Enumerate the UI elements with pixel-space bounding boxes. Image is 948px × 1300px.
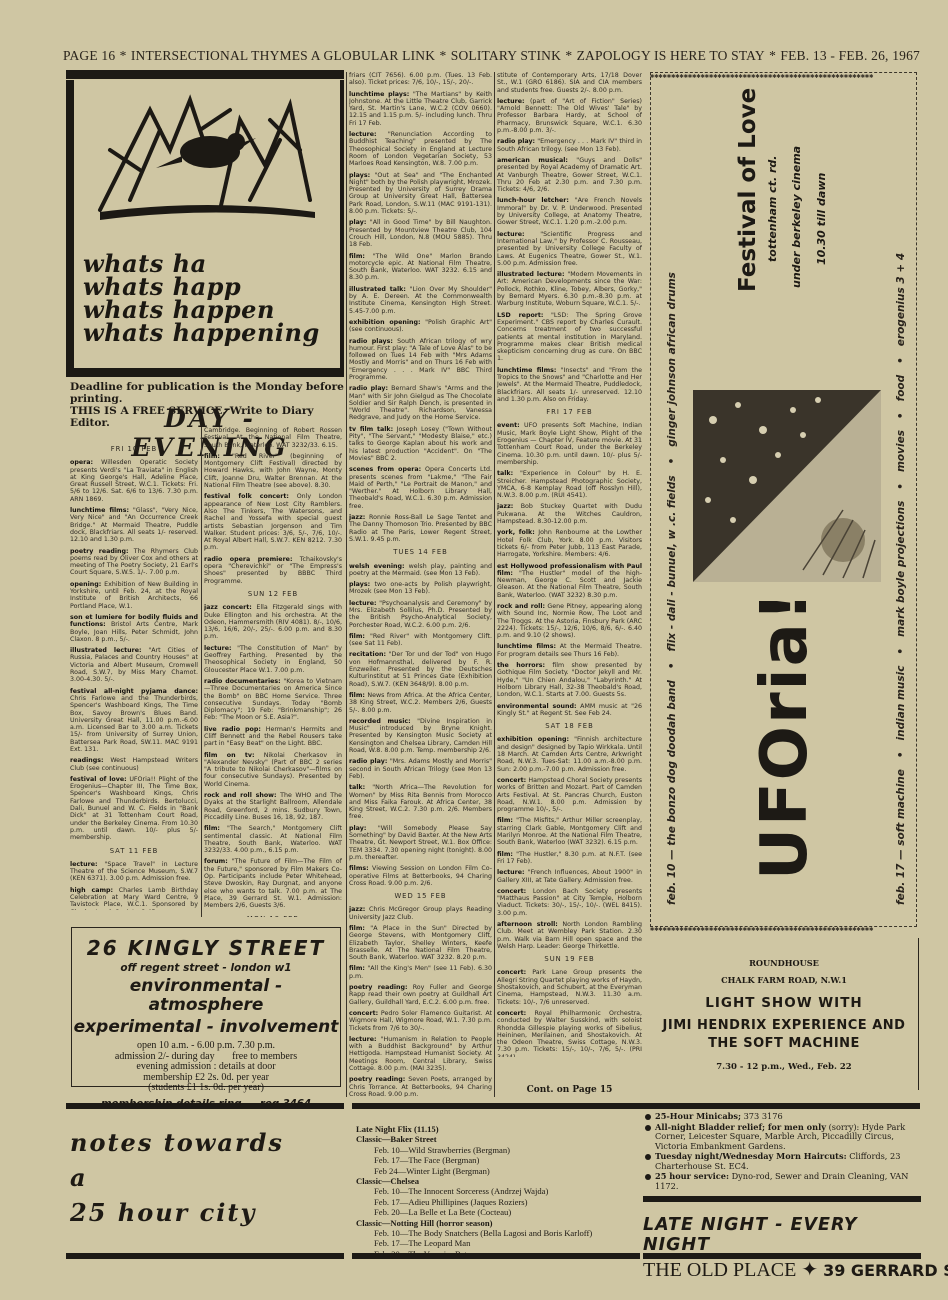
diary-entry: concert: Pedro Soler Flamenco Guitarist.… xyxy=(349,1010,492,1032)
bullet-icon: • xyxy=(895,751,907,758)
late-night-tagline: LATE NIGHT - EVERY NIGHT xyxy=(643,1215,925,1255)
diary-entry: the horrors: film show presented by Goth… xyxy=(497,662,642,698)
entry-category: lunchtime films: xyxy=(70,507,129,514)
entry-category: recorded music: xyxy=(349,718,411,725)
diary-entry: tv film talk: Joseph Losey ("Town Withou… xyxy=(349,426,492,462)
entry-text: "Korea to Vietnam—Three Documentaries on… xyxy=(204,678,342,721)
rule xyxy=(66,1103,344,1109)
masthead-item: SOLITARY STINK xyxy=(451,48,561,64)
entry-category: tv film talk: xyxy=(349,426,393,433)
entry-text: News from Africa. At the Africa Center, … xyxy=(349,692,492,714)
ad-evening: evening admission : details at door xyxy=(72,1062,340,1073)
bullet-icon: • xyxy=(666,458,678,465)
diary-column-2: Cambridge. Beginning of Robert Rossen Fe… xyxy=(204,427,342,917)
entry-text: Ronnie Ross-Ball Le Sage Tentet and The … xyxy=(349,514,492,543)
entry-category: lunchtime films: xyxy=(497,643,556,650)
list-item: Tuesday night/Wednesday Morn Haircuts: C… xyxy=(643,1152,925,1171)
festival-address: tottenham ct. rd. xyxy=(766,156,779,262)
diary-entry: film: "The Hustler," 8.30 p.m. at N.F.T.… xyxy=(497,851,642,866)
entry-category: jazz: xyxy=(349,906,365,913)
diary-entry: lecture: "French Influences, About 1900"… xyxy=(497,869,642,884)
masthead-star: * xyxy=(120,48,127,64)
ufo-lineup-right: feb. 17 — soft machine • indian music • … xyxy=(895,253,907,905)
entry-category: lecture: xyxy=(497,869,525,876)
diary-entry: concert: Park Lane Group presents the Al… xyxy=(497,969,642,1005)
diary-entry: live radio pop: Herman's Hermits and Cli… xyxy=(204,726,342,748)
masthead-star: * xyxy=(440,48,447,64)
diary-entry: talk: "Experience in Colour" by H. E. St… xyxy=(497,470,642,499)
diary-entry: illustrated lecture: "Art Cities of Russ… xyxy=(70,647,198,683)
title-line: notes towards xyxy=(70,1125,284,1160)
rule xyxy=(66,1253,344,1259)
diary-entry: film: "Red River" with Montgomery Clift.… xyxy=(349,633,492,648)
flix-venue: Classic—Chelsea xyxy=(356,1176,419,1186)
entry-text: Royal Philharmonic Orchestra, conducted … xyxy=(497,1010,642,1057)
entry-category: talk: xyxy=(349,784,365,791)
city-notes-list: 25-Hour Minicabs; 373 3176 All-night Bla… xyxy=(643,1112,925,1192)
entry-text: "The Future of Film—The Film of the Futu… xyxy=(204,858,342,909)
admission-members: free to members xyxy=(232,1051,297,1062)
ad-tagline: experimental - involvement xyxy=(72,1018,340,1037)
entry-category: illustrated lecture: xyxy=(497,271,564,278)
entry-category: lecture: xyxy=(349,600,377,607)
entry-text: Bob Stuckey Quartet with Dudu Pukwana. A… xyxy=(497,503,642,525)
masthead-star: * xyxy=(769,48,776,64)
entry-text: "The Hustler" model of the high- Newman,… xyxy=(497,570,642,599)
entry-text: Only London appearance of New Lost City … xyxy=(204,493,342,551)
continued-note: Cont. on Page 15 xyxy=(497,1085,642,1095)
lineup-projections: mark boyle projections xyxy=(895,501,907,637)
masthead: PAGE 16 * INTERSECTIONAL THYMES A GLOBUL… xyxy=(63,48,920,64)
entry-category: film: xyxy=(497,851,513,858)
column-rule xyxy=(346,72,347,1097)
entry-category: plays: xyxy=(349,172,370,179)
flix-film: Feb. 10—The Body Snatchers (Bella Lagosi… xyxy=(356,1228,636,1238)
ad-students: (students £1 1s. 0d. per year) xyxy=(72,1083,340,1094)
entry-text: "Red River" with Montgomery Clift. (see … xyxy=(349,633,492,647)
diary-entry: LSD report: "LSD: The Spring Grove Exper… xyxy=(497,312,642,363)
entry-category: welsh evening: xyxy=(349,563,405,570)
diary-entry: concert: Hampstead Choral Society presen… xyxy=(497,777,642,813)
festival-venue: under berkeley cinema xyxy=(790,146,803,288)
title-line: a xyxy=(70,1160,284,1195)
diary-entry: poetry reading: Roy Fuller and George Ra… xyxy=(349,984,492,1006)
diary-entry: festival all-night pyjama dance: Chris F… xyxy=(70,688,198,754)
entry-category: film: xyxy=(204,825,220,832)
diary-entry: films: Viewing Session on London Film Co… xyxy=(349,865,492,887)
entry-category: opera: xyxy=(70,459,93,466)
rule xyxy=(643,1196,921,1202)
headline: LIGHT SHOW WITH xyxy=(650,995,918,1011)
entry-category: recitation: xyxy=(349,651,386,658)
diary-entry: poetry reading: Seven Poets, arranged by… xyxy=(349,1076,492,1097)
diary-entry: Cambridge. Beginning of Robert Rossen Fe… xyxy=(204,427,342,449)
page-number: PAGE 16 xyxy=(63,48,115,64)
list-item: 25 hour service: Dyno-rod, Sewer and Dra… xyxy=(643,1172,925,1191)
entry-category: poetry reading: xyxy=(349,984,408,991)
diary-entry: high camp: Charles Lamb Birthday Celebra… xyxy=(70,887,198,910)
column-rule xyxy=(494,72,495,1097)
entry-text: Opera Concerts Ltd. presents scenes from… xyxy=(349,466,492,509)
entry-category: environmental sound: xyxy=(497,703,577,710)
diary-entry: concert: Royal Philharmonic Orchestra, c… xyxy=(497,1010,642,1057)
diary-entry: readings: West Hampstead Writers Club (s… xyxy=(70,757,198,772)
entry-text: "All in Good Time" by Bill Naughton. Pre… xyxy=(349,219,492,248)
act-line: THE SOFT MACHINE xyxy=(650,1035,918,1053)
diary-entry: plays: "Out at Sea" and "The Enchanted N… xyxy=(349,172,492,216)
diary-entry: friars (CIT 7656). 6.00 p.m. (Tues. 13 F… xyxy=(349,72,492,87)
lineup-flix: flix - dali - bunuel, w .c. fields xyxy=(666,475,678,651)
kingly-street-ad: 26 KINGLY STREET off regent street - lon… xyxy=(71,927,341,1087)
diary-entry: radio play: "Emergency . . . Mark IV" th… xyxy=(497,138,642,153)
diary-entry: film: "All the King's Men" (see 11 Feb).… xyxy=(349,965,492,980)
entry-text: South African trilogy of wry humour. Fir… xyxy=(349,338,492,381)
flix-film: Feb. 17—Adieu Phillipines (Jaques Rozier… xyxy=(356,1197,636,1207)
diary-entry: opening: Exhibition of New Building in Y… xyxy=(70,581,198,610)
entry-category: event: xyxy=(497,422,520,429)
flammarion-engraving-icon xyxy=(693,390,881,582)
entry-text: two one-acts by Polish playwright, Mroze… xyxy=(349,581,492,595)
entry-text: UFO presents Soft Machine, Indian Music,… xyxy=(497,422,642,465)
entry-category: play: xyxy=(349,219,366,226)
entry-category: radio play: xyxy=(349,758,387,765)
flix-film: Feb. 20—La Belle et La Bete (Cocteau) xyxy=(356,1207,636,1217)
day-heading: SUN 12 FEB xyxy=(204,591,342,598)
entry-text: Chris McGregor Group plays Reading Unive… xyxy=(349,906,492,920)
entry-text: "All the King's Men" (see 11 Feb). 6.30 … xyxy=(349,965,492,979)
note-label: Tuesday night/Wednesday Morn Haircuts: xyxy=(655,1151,847,1161)
day-heading: MON 13 FEB xyxy=(204,916,342,917)
list-item: 25-Hour Minicabs; 373 3176 xyxy=(643,1112,925,1122)
diary-entry: son et lumiere for bodily fluids and fun… xyxy=(70,614,198,643)
note-text: 373 3176 xyxy=(741,1111,783,1121)
entry-text: "Red River" (beginning of Montgomery Cli… xyxy=(204,453,342,489)
entry-category: radio plays: xyxy=(349,338,393,345)
note-label: 25 hour service: xyxy=(655,1171,729,1181)
deadline-line: Deadline for publication is the Monday b… xyxy=(70,381,345,405)
entry-category: festival folk concert: xyxy=(204,493,289,500)
entry-category: play: xyxy=(349,825,366,832)
diary-entry: radio opera premiere: Tchaikovsky's oper… xyxy=(204,556,342,585)
flix-venue: Classic—Baker Street xyxy=(356,1134,437,1144)
list-item: All-night Bladder relief; for men only (… xyxy=(643,1123,925,1152)
entry-text: "Experience in Colour" by H. E. Streiche… xyxy=(497,470,642,499)
entry-category: film: xyxy=(349,692,365,699)
venue-name: ROUNDHOUSE xyxy=(650,958,918,968)
entry-category: jazz concert: xyxy=(204,604,252,611)
diary-entry: film: "The Misfits," Arthur Miller scree… xyxy=(497,817,642,846)
title-line: 25 hour city xyxy=(70,1195,284,1230)
column-rule xyxy=(201,427,202,917)
diary-entry: illustrated talk: "Lion Over My Shoulder… xyxy=(349,286,492,315)
entry-category: radio play: xyxy=(349,385,388,392)
entry-category: live radio pop: xyxy=(204,726,261,733)
diary-entry: talk: "North Africa—The Revolution for W… xyxy=(349,784,492,820)
entry-category: afternoon stroll: xyxy=(497,921,558,928)
entry-category: festival all-night pyjama dance: xyxy=(70,688,198,695)
diary-entry: festival of love: UFOria!! Plight of the… xyxy=(70,776,198,842)
lineup-erogenius: erogenius 3 + 4 xyxy=(895,253,907,346)
entry-category: film: xyxy=(349,633,365,640)
rule xyxy=(66,70,344,79)
entry-category: concert: xyxy=(497,969,526,976)
day-heading: SAT 18 FEB xyxy=(497,723,642,730)
flix-heading: Late Night Flix (11.15) xyxy=(356,1124,439,1134)
diary-entry: radio plays: South African trilogy of wr… xyxy=(349,338,492,382)
entry-category: york, folk: xyxy=(497,529,535,536)
entry-text: "The Wild One" Marlon Brando motorcycle … xyxy=(349,253,492,282)
bird-woodcut-icon xyxy=(90,90,325,220)
entry-category: film: xyxy=(349,925,365,932)
day-heading: FRI 17 FEB xyxy=(497,409,642,416)
entry-category: concert: xyxy=(497,888,526,895)
rule xyxy=(640,1103,920,1109)
entry-category: american musical: xyxy=(497,157,568,164)
entry-category: exhibition opening: xyxy=(497,736,569,743)
entry-category: film: xyxy=(349,965,365,972)
flix-venue: Classic—Notting Hill (horror season) xyxy=(356,1218,492,1228)
entry-category: radio play: xyxy=(497,138,535,145)
entry-category: LSD report: xyxy=(497,312,543,319)
lineup-movies: movies xyxy=(895,430,907,472)
diary-entry: opera: Willesden Operatic Society presen… xyxy=(70,459,198,503)
entry-category: poetry reading: xyxy=(349,1076,405,1083)
diary-entry: lunch-hour letcher: "Are French Novels I… xyxy=(497,197,642,226)
entry-category: illustrated talk: xyxy=(349,286,406,293)
flix-film: Feb. 10—The Innocent Sorceress (Andrzej … xyxy=(356,1186,636,1196)
masthead-item: INTERSECTIONAL THYMES A GLOBULAR LINK xyxy=(131,48,435,64)
issue-date: FEB. 13 - FEB. 26, 1967 xyxy=(780,48,920,64)
diary-entry: lecture: (part of "Art of Fiction" Serie… xyxy=(497,98,642,134)
entry-text: "The Misfits," Arthur Miller screenplay,… xyxy=(497,817,642,846)
diary-entry: exhibition opening: "Polish Graphic Art"… xyxy=(349,319,492,334)
diary-entry: jazz concert: Ella Fitzgerald sings with… xyxy=(204,604,342,640)
entry-category: scenes from opera: xyxy=(349,466,421,473)
entry-category: jazz: xyxy=(497,503,513,510)
entry-category: lunch-hour letcher: xyxy=(497,197,569,204)
diary-entry: lecture: "Renunciation According to Budd… xyxy=(349,131,492,167)
bullet-icon: • xyxy=(895,357,907,364)
bullet-icon: • xyxy=(895,483,907,490)
diary-entry: rock and roll show: The WHO and The Dyak… xyxy=(204,792,342,821)
day-heading: TUES 14 FEB xyxy=(349,549,492,556)
diary-entry: recorded music: "Divine Inspiration in M… xyxy=(349,718,492,754)
title-line: whats happening xyxy=(83,321,320,344)
entry-text: "LSD: The Spring Grove Experiment." CBS … xyxy=(497,312,642,363)
diary-entry: jazz: Ronnie Ross-Ball Le Sage Tentet an… xyxy=(349,514,492,543)
diary-entry: afternoon stroll: North London Rambling … xyxy=(497,921,642,950)
diary-entry: jazz: Bob Stuckey Quartet with Dudu Pukw… xyxy=(497,503,642,525)
entry-category: lecture: xyxy=(204,645,232,652)
diary-entry: film on tv: Nikolai Cherkasov in "Alexan… xyxy=(204,752,342,788)
lineup-feb17: feb. 17 — soft machine xyxy=(895,769,907,905)
venue-name: THE OLD PLACE xyxy=(643,1259,796,1281)
masthead-item: ZAPOLOGY IS HERE TO STAY xyxy=(577,48,765,64)
entry-text: "Out at Sea" and "The Enchanted Night" b… xyxy=(349,172,492,215)
entry-category: high camp: xyxy=(70,887,113,894)
entry-category: poetry reading: xyxy=(70,548,129,555)
bullet-icon: • xyxy=(895,412,907,419)
uforia-title: UFOria! xyxy=(748,590,822,880)
entry-text: "The Hustler," 8.30 p.m. at N.F.T. (see … xyxy=(497,851,642,865)
entry-category: lunchtime films: xyxy=(497,367,556,374)
festival-hours: 10.30 till dawn xyxy=(815,173,828,265)
diary-entry: lunchtime films: At the Mermaid Theatre.… xyxy=(497,643,642,658)
diary-entry: lecture: "Scientific Progress and Intern… xyxy=(497,231,642,267)
entry-category: jazz: xyxy=(349,514,365,521)
entry-category: lecture: xyxy=(70,861,98,868)
diary-entry: concert: London Bach Society presents "M… xyxy=(497,888,642,917)
admission-day: admission 2/- during day xyxy=(115,1051,215,1062)
diary-entry: lunchtime plays: "The Martians" by Keith… xyxy=(349,91,492,127)
ad-title: 26 KINGLY STREET xyxy=(72,936,340,960)
diary-column-4: stitute of Contemporary Arts, 17/18 Dove… xyxy=(497,72,642,1057)
day-heading: FRI 10 FEB xyxy=(70,446,198,453)
diary-entry: stitute of Contemporary Arts, 17/18 Dove… xyxy=(497,72,642,94)
diary-entry: poetry reading: The Rhymers Club poems r… xyxy=(70,548,198,577)
acts: JIMI HENDRIX EXPERIENCE AND THE SOFT MAC… xyxy=(650,1017,918,1053)
lineup-indian-music: indian music xyxy=(895,666,907,741)
diary-entry: scenes from opera: Opera Concerts Ltd. p… xyxy=(349,466,492,510)
rule xyxy=(352,1253,640,1259)
rule xyxy=(352,1103,640,1109)
diamond-icon: ✦ xyxy=(801,1259,818,1281)
diary-entry: est Hollywood professionalism with Paul … xyxy=(497,563,642,599)
diary-entry: play: "All in Good Time" by Bill Naughto… xyxy=(349,219,492,248)
diary-entry: forum: "The Future of Film—The Film of t… xyxy=(204,858,342,909)
day-heading: SAT 11 FEB xyxy=(70,848,198,855)
note-label: 25-Hour Minicabs; xyxy=(655,1111,741,1121)
diary-entry: illustrated lecture: "Modern Movements i… xyxy=(497,271,642,307)
diary-entry: film: "The Search," Montgomery Clift sen… xyxy=(204,825,342,854)
bullet-icon: • xyxy=(895,648,907,655)
diary-entry: welsh evening: welsh play, painting and … xyxy=(349,563,492,578)
entry-category: lecture: xyxy=(349,1036,377,1043)
diary-entry: lunchtime films: "Insects" and "From the… xyxy=(497,367,642,403)
flix-film: Feb 24—Winter Light (Bergman) xyxy=(356,1166,636,1176)
diary-entry: lecture: "Space Travel" in Lecture Theat… xyxy=(70,861,198,883)
entry-category: concert: xyxy=(497,1010,526,1017)
entry-category: festival of love: xyxy=(70,776,127,783)
entry-category: talk: xyxy=(497,470,513,477)
entry-text: friars (CIT 7656). 6.00 p.m. (Tues. 13 F… xyxy=(349,72,492,86)
ad-subtitle: off regent street - london w1 xyxy=(72,962,340,974)
diary-entry: play: "Will Somebody Please Say Somethin… xyxy=(349,825,492,861)
flix-film: Feb. 17—The Leopard Man xyxy=(356,1238,636,1248)
entry-category: film: xyxy=(349,253,365,260)
entry-category: exhibition opening: xyxy=(349,319,421,326)
entry-category: lunchtime plays: xyxy=(349,91,409,98)
entry-category: film: xyxy=(497,817,513,824)
entry-category: rock and roll show: xyxy=(204,792,277,799)
entry-text: Cambridge. Beginning of Robert Rossen Fe… xyxy=(204,427,342,449)
entry-category: readings: xyxy=(70,757,104,764)
diary-column-3: friars (CIT 7656). 6.00 p.m. (Tues. 13 F… xyxy=(349,72,492,1097)
diary-entry: event: UFO presents Soft Machine, Indian… xyxy=(497,422,642,466)
entry-category: opening: xyxy=(70,581,101,588)
day-heading: WED 15 FEB xyxy=(349,893,492,900)
flix-film: Feb. 17—The Face (Bergman) xyxy=(356,1155,636,1165)
entry-category: film on tv: xyxy=(204,752,255,759)
entry-category: concert: xyxy=(349,1010,378,1017)
whats-happening-title: whats ha whats happ whats happen whats h… xyxy=(83,252,320,344)
diary-entry: lecture: "The Constitution of Man" by Ge… xyxy=(204,645,342,674)
festival-title: Festival of Love xyxy=(735,88,761,292)
entry-text: Chris Farlowe and the Thunderbirds, Spen… xyxy=(70,695,198,753)
diary-entry: american musical: "Guys and Dolls" prese… xyxy=(497,157,642,193)
diary-entry: lunchtime films: "Glass", "Very Nice, Ve… xyxy=(70,507,198,543)
entry-text: stitute of Contemporary Arts, 17/18 Dove… xyxy=(497,72,642,94)
rule xyxy=(643,1253,921,1259)
lineup-feb10: feb. 10 — the bonzo dog doodah band xyxy=(666,680,678,905)
entry-text: "A Place in the Sun" Directed by George … xyxy=(349,925,492,961)
entry-text: UFOria!! Plight of the Erogenius—Chapter… xyxy=(70,776,198,841)
entry-category: rock and roll: xyxy=(497,603,545,610)
venue-address: 39 GERRARD ST. xyxy=(823,1261,948,1280)
diary-entry: lecture: "Humanism in Relation to People… xyxy=(349,1036,492,1072)
entry-category: forum: xyxy=(204,858,228,865)
entry-text: Viewing Session on London Film Co-operat… xyxy=(349,865,492,887)
show-time: 7.30 - 12 p.m., Wed., Feb. 22 xyxy=(650,1062,918,1072)
day-heading: SUN 19 FEB xyxy=(497,956,642,963)
ad-tagline: environmental - atmosphere xyxy=(72,977,340,1015)
late-night-flix: Late Night Flix (11.15) Classic—Baker St… xyxy=(356,1124,636,1259)
diary-entry: environmental sound: AMM music at "26 Ki… xyxy=(497,703,642,718)
diary-column-1: FRI 10 FEBopera: Willesden Operatic Soci… xyxy=(70,440,198,910)
lineup-drums: ginger johnson african drums xyxy=(666,272,678,447)
ad-details: open 10 a.m. - 6.00 p.m. 7.30 p.m. admis… xyxy=(72,1041,340,1094)
entry-category: plays: xyxy=(349,581,370,588)
diary-entry: plays: two one-acts by Polish playwright… xyxy=(349,581,492,596)
entry-category: lecture: xyxy=(497,98,525,105)
entry-category: film: xyxy=(204,453,220,460)
diary-entry: recitation: "Der Tor und der Tod" von Hu… xyxy=(349,651,492,687)
diary-entry: rock and roll: Gene Pitney, appearing al… xyxy=(497,603,642,639)
venue-address: CHALK FARM ROAD, N.W.1 xyxy=(650,975,918,985)
diary-entry: radio documentaries: "Korea to Vietnam—T… xyxy=(204,678,342,722)
ufo-lineup-left: feb. 10 — the bonzo dog doodah band • fl… xyxy=(666,272,678,905)
diary-entry: radio play: Bernard Shaw's "Arms and the… xyxy=(349,385,492,421)
diary-entry: radio play: "Mrs. Adams Mostly and Morri… xyxy=(349,758,492,780)
diary-entry: film: "The Wild One" Marlon Brando motor… xyxy=(349,253,492,282)
act-line: JIMI HENDRIX EXPERIENCE AND xyxy=(650,1017,918,1035)
diary-entry: film: "A Place in the Sun" Directed by G… xyxy=(349,925,492,961)
entry-category: radio opera premiere: xyxy=(204,556,292,563)
notes-title: notes towards a 25 hour city xyxy=(70,1125,284,1230)
entry-category: concert: xyxy=(497,777,526,784)
diary-entry: jazz: Chris McGregor Group plays Reading… xyxy=(349,906,492,921)
old-place-name: THE OLD PLACE ✦ 39 GERRARD ST. xyxy=(643,1257,925,1282)
entry-text: "The Search," Montgomery Clift sentiment… xyxy=(204,825,342,854)
entry-category: radio documentaries: xyxy=(204,678,281,685)
entry-category: films: xyxy=(349,865,369,872)
entry-text: Willesden Operatic Society presents Verd… xyxy=(70,459,198,502)
lineup-food: food xyxy=(895,375,907,402)
entry-text: "Will Somebody Please Say Something" by … xyxy=(349,825,492,861)
old-place-ad: LATE NIGHT - EVERY NIGHT THE OLD PLACE ✦… xyxy=(643,1205,925,1282)
bullet-icon: • xyxy=(666,662,678,669)
diary-entry: exhibition opening: "Finnish architectur… xyxy=(497,736,642,772)
masthead-star: * xyxy=(565,48,572,64)
entry-category: the horrors: xyxy=(497,662,545,669)
note-label: All-night Bladder relief; for men only xyxy=(655,1122,826,1132)
diary-entry: festival folk concert: Only London appea… xyxy=(204,493,342,551)
diary-entry: york, folk: John Renbourne at the Lowthe… xyxy=(497,529,642,558)
roundhouse-ad: ROUNDHOUSE CHALK FARM ROAD, N.W.1 LIGHT … xyxy=(650,938,919,1090)
entry-category: illustrated lecture: xyxy=(70,647,141,654)
star-border: ✱✱✱✱✱✱✱✱✱✱✱✱✱✱✱✱✱✱✱✱✱✱✱✱✱✱✱✱✱✱✱✱✱✱✱✱✱✱✱✱… xyxy=(650,925,917,933)
entry-category: lecture: xyxy=(349,131,377,138)
